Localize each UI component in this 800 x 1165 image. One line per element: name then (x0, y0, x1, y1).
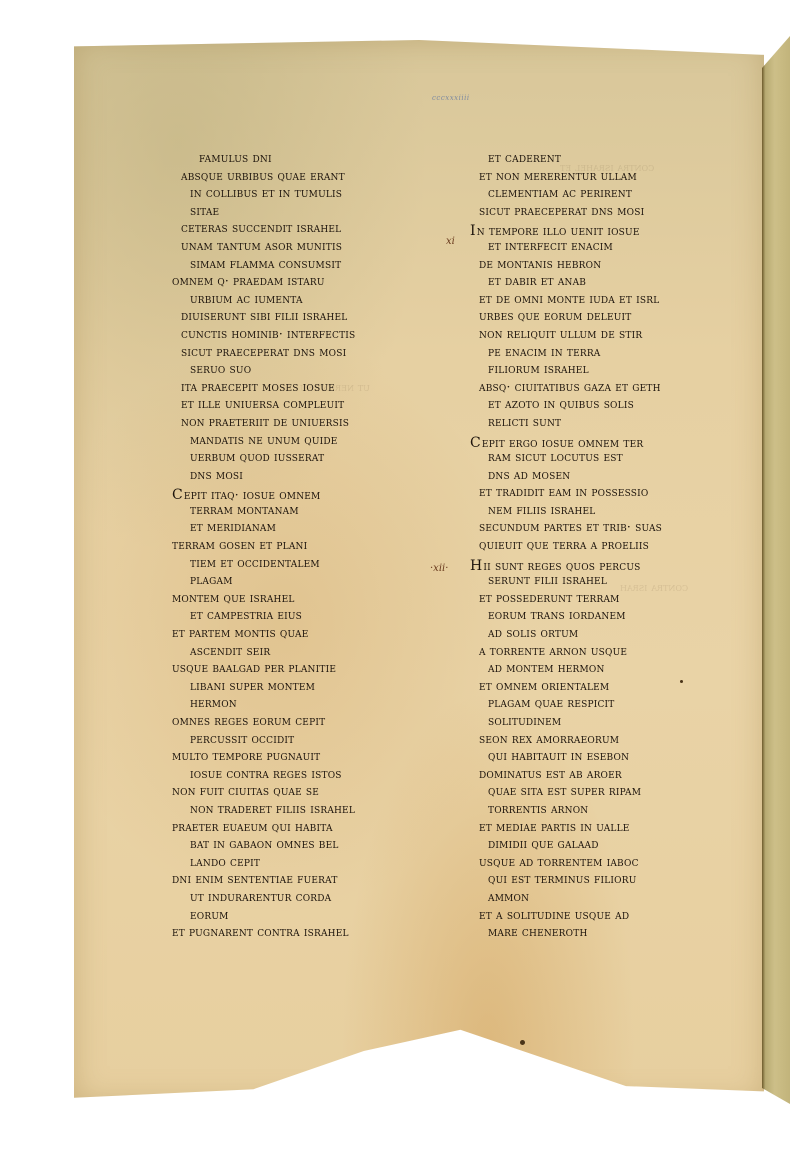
line-text: ET PUGNARENT CONTRA ISRAHEL (172, 925, 349, 939)
line-text: QUI EST TERMINUS FILIORU (488, 872, 637, 886)
manuscript-line: ET PARTEM MONTIS QUAE (172, 625, 442, 643)
manuscript-line: SEON REX AMORRAEORUM (470, 731, 730, 749)
manuscript-line: MARE CHENEROTH (470, 924, 730, 942)
manuscript-line: PLAGAM QUAE RESPICIT (470, 695, 730, 713)
manuscript-line: TORRENTIS ARNON (470, 801, 730, 819)
manuscript-line: ET CAMPESTRIA EIUS (172, 607, 442, 625)
line-text: SEON REX AMORRAEORUM (479, 732, 619, 746)
manuscript-line: QUI EST TERMINUS FILIORU (470, 871, 730, 889)
line-text: ET ILLE UNIUERSA COMPLEUIT (181, 397, 344, 411)
line-text: NON TRADERET FILIIS ISRAHEL (190, 802, 355, 816)
manuscript-line: RAM SICUT LOCUTUS EST (470, 449, 730, 467)
manuscript-line: CUNCTIS HOMINIB· INTERFECTIS (172, 326, 442, 344)
right-text-column: ET CADERENTET NON MERERENTUR ULLAMCLEMEN… (470, 150, 730, 942)
line-text: FILIORUM ISRAHEL (488, 362, 589, 376)
manuscript-line: CLEMENTIAM AC PERIRENT (470, 185, 730, 203)
line-text: EORUM TRANS IORDANEM (488, 608, 626, 622)
line-text: URBES QUE EORUM DELEUIT (479, 309, 631, 323)
line-text: LANDO CEPIT (190, 855, 260, 869)
line-text: SERUNT FILII ISRAHEL (488, 573, 607, 587)
line-text: CUNCTIS HOMINIB· INTERFECTIS (181, 327, 355, 341)
line-text: UT INDURARENTUR CORDA (190, 890, 331, 904)
line-text: USQUE BAALGAD PER PLANITIE (172, 661, 336, 675)
manuscript-line: ET MERIDIANAM (172, 519, 442, 537)
manuscript-line: QUAE SITA EST SUPER RIPAM (470, 783, 730, 801)
line-text: USQUE AD TORRENTEM IABOC (479, 855, 639, 869)
line-text: ET MERIDIANAM (190, 520, 276, 534)
line-text: QUAE SITA EST SUPER RIPAM (488, 784, 641, 798)
manuscript-line: EORUM TRANS IORDANEM (470, 607, 730, 625)
manuscript-line: RELICTI SUNT (470, 414, 730, 432)
manuscript-line: SICUT PRAECEPERAT DNS MOSI (172, 344, 442, 362)
manuscript-line: SERUO SUO (172, 361, 442, 379)
manuscript-line: SECUNDUM PARTES ET TRIB· SUAS (470, 519, 730, 537)
line-text: PE ENACIM IN TERRA (488, 345, 601, 359)
manuscript-line: ET DE OMNI MONTE IUDA ET ISRL (470, 291, 730, 309)
manuscript-line: ET POSSEDERUNT TERRAM (470, 590, 730, 608)
manuscript-line: ITA PRAECEPIT MOSES IOSUE (172, 379, 442, 397)
manuscript-line: PRAETER EUAEUM QUI HABITA (172, 819, 442, 837)
manuscript-line: SOLITUDINEM (470, 713, 730, 731)
line-text: AD SOLIS ORTUM (488, 626, 578, 640)
line-text: PLAGAM QUAE RESPICIT (488, 696, 615, 710)
line-text: ET OMNEM ORIENTALEM (479, 679, 609, 693)
manuscript-line: ABSQ· CIUITATIBUS GAZA ET GETH (470, 379, 730, 397)
line-text: FAMULUS DNI (199, 151, 272, 165)
line-text: EPIT ERGO IOSUE OMNEM TER (482, 436, 643, 450)
manuscript-line: DNI ENIM SENTENTIAE FUERAT (172, 871, 442, 889)
manuscript-line: SERUNT FILII ISRAHEL (470, 572, 730, 590)
line-text: UERBUM QUOD IUSSERAT (190, 450, 324, 464)
manuscript-line: EORUM (172, 907, 442, 925)
line-text: RELICTI SUNT (488, 415, 561, 429)
manuscript-line: DOMINATUS EST AB AROER (470, 766, 730, 784)
manuscript-line: DE MONTANIS HEBRON (470, 256, 730, 274)
line-text: PLAGAM (190, 573, 233, 587)
manuscript-line: AD MONTEM HERMON (470, 660, 730, 678)
line-text: ABSQ· CIUITATIBUS GAZA ET GETH (479, 380, 661, 394)
manuscript-line: BAT IN GABAON OMNES BEL (172, 836, 442, 854)
line-text: NON PRAETERIIT DE UNIUERSIS (181, 415, 349, 429)
binding-edge (762, 36, 790, 1104)
line-text: BAT IN GABAON OMNES BEL (190, 837, 339, 851)
manuscript-line: ET PUGNARENT CONTRA ISRAHEL (172, 924, 442, 942)
manuscript-line: SITAE (172, 203, 442, 221)
manuscript-line: TERRAM GOSEN ET PLANI (172, 537, 442, 555)
line-text: ET POSSEDERUNT TERRAM (479, 591, 620, 605)
line-text: ET TRADIDIT EAM IN POSSESSIO (479, 485, 649, 499)
manuscript-line: IOSUE CONTRA REGES ISTOS (172, 766, 442, 784)
line-text: HERMON (190, 696, 237, 710)
manuscript-line: ET DABIR ET ANAB (470, 273, 730, 291)
manuscript-line: PLAGAM (172, 572, 442, 590)
line-text: ET PARTEM MONTIS QUAE (172, 626, 308, 640)
manuscript-line: OMNEM Q· PRAEDAM ISTARU (172, 273, 442, 291)
manuscript-line: URBIUM AC IUMENTA (172, 291, 442, 309)
manuscript-line: FILIORUM ISRAHEL (470, 361, 730, 379)
line-text: ITA PRAECEPIT MOSES IOSUE (181, 380, 335, 394)
line-text: ABSQUE URBIBUS QUAE ERANT (181, 169, 345, 183)
manuscript-line: NEM FILIIS ISRAHEL (470, 502, 730, 520)
line-text: SOLITUDINEM (488, 714, 561, 728)
line-text: MONTEM QUE ISRAHEL (172, 591, 295, 605)
initial-capital: C (172, 480, 183, 504)
line-text: II SUNT REGES QUOS PERCUS (483, 559, 640, 573)
line-text: ASCENDIT SEIR (190, 644, 270, 658)
line-text: TERRAM GOSEN ET PLANI (172, 538, 307, 552)
manuscript-line: NON RELIQUIT ULLUM DE STIR (470, 326, 730, 344)
line-text: IOSUE CONTRA REGES ISTOS (190, 767, 342, 781)
manuscript-line: USQUE BAALGAD PER PLANITIE (172, 660, 442, 678)
manuscript-line: URBES QUE EORUM DELEUIT (470, 308, 730, 326)
manuscript-line: DIUISERUNT SIBI FILII ISRAHEL (172, 308, 442, 326)
line-text: EORUM (190, 908, 229, 922)
manuscript-line: PE ENACIM IN TERRA (470, 344, 730, 362)
line-text: CETERAS SUCCENDIT ISRAHEL (181, 221, 341, 235)
manuscript-line: SIMAM FLAMMA CONSUMSIT (172, 256, 442, 274)
manuscript-line: MANDATIS NE UNUM QUIDE (172, 432, 442, 450)
manuscript-line: NON TRADERET FILIIS ISRAHEL (172, 801, 442, 819)
manuscript-line: MULTO TEMPORE PUGNAUIT (172, 748, 442, 766)
manuscript-line: DIMIDII QUE GALAAD (470, 836, 730, 854)
line-text: ET MEDIAE PARTIS IN UALLE (479, 820, 630, 834)
line-text: SITAE (190, 204, 219, 218)
line-text: SERUO SUO (190, 362, 251, 376)
manuscript-line: UERBUM QUOD IUSSERAT (172, 449, 442, 467)
manuscript-line: DNS MOSI (172, 467, 442, 485)
manuscript-line: ET AZOTO IN QUIBUS SOLIS (470, 396, 730, 414)
line-text: ET NON MERERENTUR ULLAM (479, 169, 637, 183)
line-text: URBIUM AC IUMENTA (190, 292, 303, 306)
initial-capital: C (470, 428, 481, 452)
initial-capital: H (470, 551, 482, 575)
manuscript-line: ET A SOLITUDINE USQUE AD (470, 907, 730, 925)
line-text: DIUISERUNT SIBI FILII ISRAHEL (181, 309, 347, 323)
shelfmark-note: cccxxxiiii (432, 94, 470, 102)
manuscript-line: QUI HABITAUIT IN ESEBON (470, 748, 730, 766)
line-text: TORRENTIS ARNON (488, 802, 588, 816)
left-text-column: FAMULUS DNIABSQUE URBIBUS QUAE ERANTIN C… (172, 150, 442, 942)
manuscript-line: DNS AD MOSEN (470, 467, 730, 485)
manuscript-line: A TORRENTE ARNON USQUE (470, 643, 730, 661)
line-text: MARE CHENEROTH (488, 925, 588, 939)
manuscript-line: CETERAS SUCCENDIT ISRAHEL (172, 220, 442, 238)
manuscript-line: USQUE AD TORRENTEM IABOC (470, 854, 730, 872)
manuscript-line: UT INDURARENTUR CORDA (172, 889, 442, 907)
line-text: NON RELIQUIT ULLUM DE STIR (479, 327, 642, 341)
line-text: PRAETER EUAEUM QUI HABITA (172, 820, 333, 834)
line-text: RAM SICUT LOCUTUS EST (488, 450, 623, 464)
line-text: ET DABIR ET ANAB (488, 274, 586, 288)
line-text: IN COLLIBUS ET IN TUMULIS (190, 186, 342, 200)
line-text: N TEMPORE ILLO UENIT IOSUE (477, 224, 640, 238)
line-text: ET AZOTO IN QUIBUS SOLIS (488, 397, 634, 411)
manuscript-line: SICUT PRAECEPERAT DNS MOSI (470, 203, 730, 221)
manuscript-line: CEPIT ITAQ· IOSUE OMNEM (172, 484, 442, 502)
manuscript-line: AD SOLIS ORTUM (470, 625, 730, 643)
line-text: QUI HABITAUIT IN ESEBON (488, 749, 629, 763)
manuscript-line: ET INTERFECIT ENACIM (470, 238, 730, 256)
line-text: ET DE OMNI MONTE IUDA ET ISRL (479, 292, 659, 306)
manuscript-line: FAMULUS DNI (172, 150, 442, 168)
manuscript-line: HERMON (172, 695, 442, 713)
initial-capital: I (470, 216, 476, 240)
line-text: DOMINATUS EST AB AROER (479, 767, 622, 781)
line-text: DE MONTANIS HEBRON (479, 257, 601, 271)
line-text: SECUNDUM PARTES ET TRIB· SUAS (479, 520, 662, 534)
line-text: DNI ENIM SENTENTIAE FUERAT (172, 872, 338, 886)
chapter-number-xi: xi (446, 236, 455, 247)
line-text: PERCUSSIT OCCIDIT (190, 732, 294, 746)
line-text: DIMIDII QUE GALAAD (488, 837, 599, 851)
line-text: ET A SOLITUDINE USQUE AD (479, 908, 629, 922)
manuscript-line: ET NON MERERENTUR ULLAM (470, 168, 730, 186)
line-text: SIMAM FLAMMA CONSUMSIT (190, 257, 341, 271)
line-text: TERRAM MONTANAM (190, 503, 299, 517)
manuscript-line: LIBANI SUPER MONTEM (172, 678, 442, 696)
manuscript-line: ASCENDIT SEIR (172, 643, 442, 661)
manuscript-line: ET MEDIAE PARTIS IN UALLE (470, 819, 730, 837)
line-text: ET INTERFECIT ENACIM (488, 239, 613, 253)
manuscript-line: QUIEUIT QUE TERRA A PROELIIS (470, 537, 730, 555)
line-text: NON FUIT CIUITAS QUAE SE (172, 784, 319, 798)
line-text: DNS AD MOSEN (488, 468, 570, 482)
manuscript-line: CEPIT ERGO IOSUE OMNEM TER (470, 432, 730, 450)
manuscript-line: IN TEMPORE ILLO UENIT IOSUE (470, 220, 730, 238)
line-text: OMNEM Q· PRAEDAM ISTARU (172, 274, 325, 288)
line-text: SICUT PRAECEPERAT DNS MOSI (479, 204, 644, 218)
manuscript-line: NON PRAETERIIT DE UNIUERSIS (172, 414, 442, 432)
manuscript-line: OMNES REGES EORUM CEPIT (172, 713, 442, 731)
manuscript-line: ET CADERENT (470, 150, 730, 168)
line-text: CLEMENTIAM AC PERIRENT (488, 186, 632, 200)
manuscript-line: UNAM TANTUM ASOR MUNITIS (172, 238, 442, 256)
line-text: DNS MOSI (190, 468, 243, 482)
manuscript-line: ET OMNEM ORIENTALEM (470, 678, 730, 696)
line-text: NEM FILIIS ISRAHEL (488, 503, 595, 517)
manuscript-line: MONTEM QUE ISRAHEL (172, 590, 442, 608)
manuscript-line: PERCUSSIT OCCIDIT (172, 731, 442, 749)
line-text: ET CADERENT (488, 151, 561, 165)
ink-speck (520, 1040, 525, 1045)
line-text: QUIEUIT QUE TERRA A PROELIIS (479, 538, 649, 552)
manuscript-line: LANDO CEPIT (172, 854, 442, 872)
line-text: UNAM TANTUM ASOR MUNITIS (181, 239, 342, 253)
line-text: MULTO TEMPORE PUGNAUIT (172, 749, 320, 763)
manuscript-line: HII SUNT REGES QUOS PERCUS (470, 555, 730, 573)
manuscript-line: TIEM ET OCCIDENTALEM (172, 555, 442, 573)
line-text: AD MONTEM HERMON (488, 661, 605, 675)
line-text: ET CAMPESTRIA EIUS (190, 608, 302, 622)
line-text: MANDATIS NE UNUM QUIDE (190, 433, 338, 447)
line-text: OMNES REGES EORUM CEPIT (172, 714, 325, 728)
manuscript-line: ABSQUE URBIBUS QUAE ERANT (172, 168, 442, 186)
line-text: LIBANI SUPER MONTEM (190, 679, 315, 693)
line-text: SICUT PRAECEPERAT DNS MOSI (181, 345, 346, 359)
manuscript-line: NON FUIT CIUITAS QUAE SE (172, 783, 442, 801)
line-text: EPIT ITAQ· IOSUE OMNEM (184, 488, 321, 502)
manuscript-line: ET ILLE UNIUERSA COMPLEUIT (172, 396, 442, 414)
manuscript-line: ET TRADIDIT EAM IN POSSESSIO (470, 484, 730, 502)
manuscript-line: AMMON (470, 889, 730, 907)
line-text: TIEM ET OCCIDENTALEM (190, 556, 320, 570)
line-text: AMMON (488, 890, 529, 904)
line-text: A TORRENTE ARNON USQUE (479, 644, 627, 658)
manuscript-line: TERRAM MONTANAM (172, 502, 442, 520)
manuscript-line: IN COLLIBUS ET IN TUMULIS (172, 185, 442, 203)
